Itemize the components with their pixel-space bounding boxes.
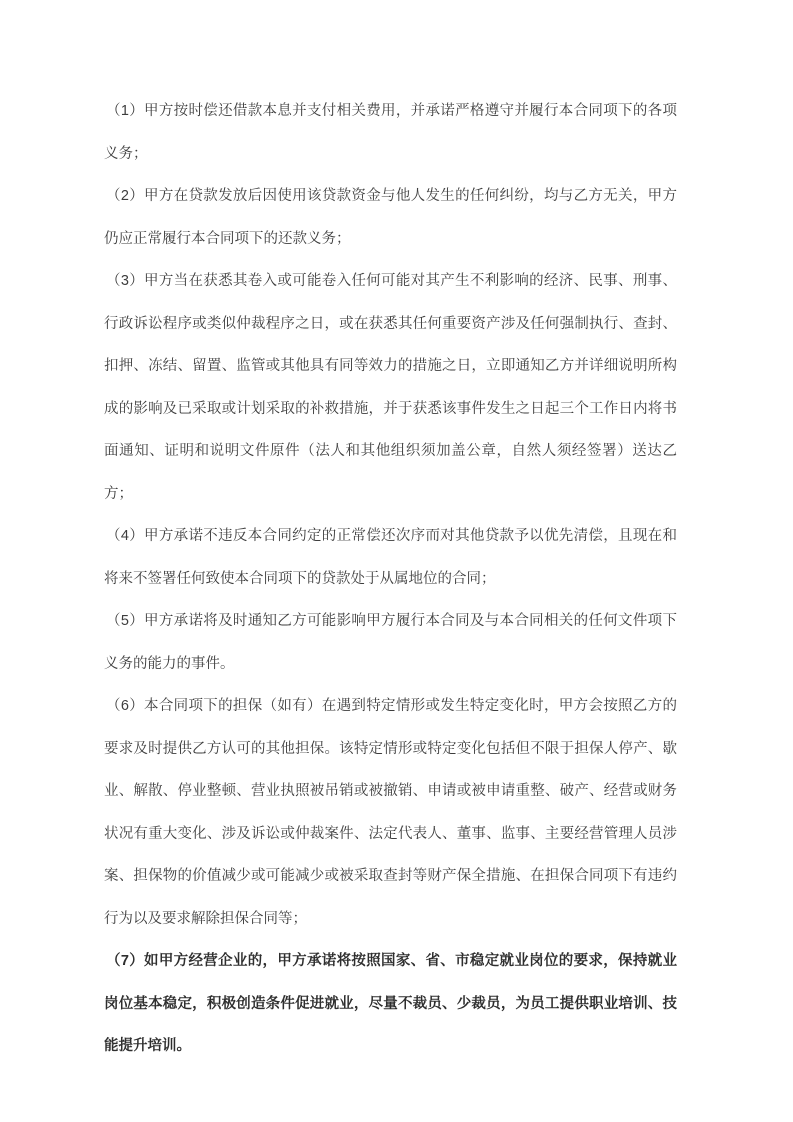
document-page: （1）甲方按时偿还借款本息并支付相关费用，并承诺严格遵守并履行本合同项下的各项义… [0,0,793,1122]
contract-clauses-body: （1）甲方按时偿还借款本息并支付相关费用，并承诺严格遵守并履行本合同项下的各项义… [104,90,677,1068]
contract-clause-2: （2）甲方在贷款发放后因使用该贷款资金与他人发生的任何纠纷，均与乙方无关，甲方仍… [104,175,677,260]
contract-clause-3: （3）甲方当在获悉其卷入或可能卷入任何可能对其产生不利影响的经济、民事、刑事、行… [104,260,677,515]
contract-clause-5: （5）甲方承诺将及时通知乙方可能影响甲方履行本合同及与本合同相关的任何文件项下义… [104,600,677,685]
contract-clause-6: （6）本合同项下的担保（如有）在遇到特定情形或发生特定变化时，甲方会按照乙方的要… [104,685,677,940]
contract-clause-1: （1）甲方按时偿还借款本息并支付相关费用，并承诺严格遵守并履行本合同项下的各项义… [104,90,677,175]
contract-clause-7: （7）如甲方经营企业的，甲方承诺将按照国家、省、市稳定就业岗位的要求，保持就业岗… [104,940,677,1068]
contract-clause-4: （4）甲方承诺不违反本合同约定的正常偿还次序而对其他贷款予以优先清偿，且现在和将… [104,515,677,600]
